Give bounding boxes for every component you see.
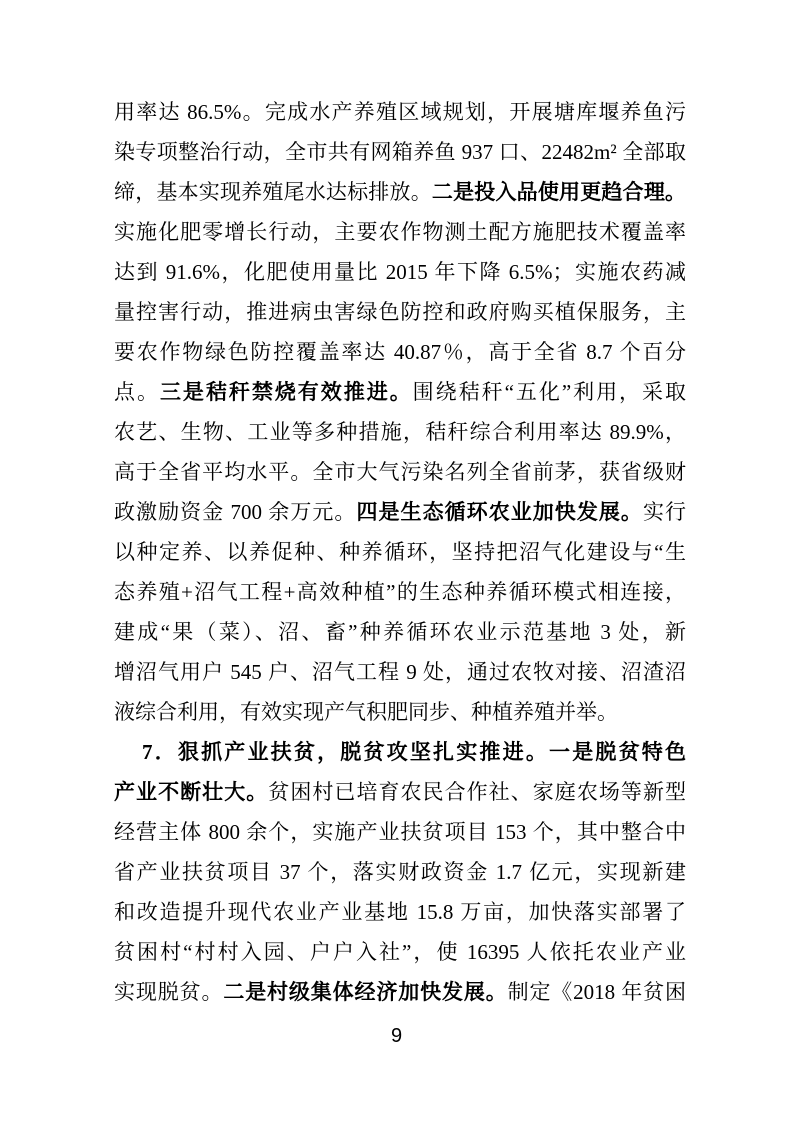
text-run: 农艺、生物、工业等多种措施，秸秆综合利用率达 89.9%，	[114, 420, 686, 444]
text-line: 高于全省平均水平。全市大气污染名列全省前茅，获省级财	[114, 452, 686, 492]
text-line: 液综合利用，有效实现产气积肥同步、种植养殖并举。	[114, 692, 686, 732]
text-run: 点。	[114, 380, 160, 404]
text-run: 实施化肥零增长行动，主要农作物测土配方施肥技术覆盖率	[114, 220, 686, 244]
text-line: 缔，基本实现养殖尾水达标排放。二是投入品使用更趋合理。	[114, 172, 686, 212]
text-run: 以种定养、以养促种、种养循环，坚持把沼气化建设与“生	[114, 540, 686, 564]
text-run: 实行	[643, 500, 686, 524]
text-line: 量控害行动，推进病虫害绿色防控和政府购买植保服务，主	[114, 292, 686, 332]
document-page: 用率达 86.5%。完成水产养殖区域规划，开展塘库堰养鱼污染专项整治行动，全市共…	[0, 0, 793, 1122]
text-run: 量控害行动，推进病虫害绿色防控和政府购买植保服务，主	[114, 300, 686, 324]
text-line: 经营主体 800 余个，实施产业扶贫项目 153 个，其中整合中	[114, 812, 686, 852]
document-text: 用率达 86.5%。完成水产养殖区域规划，开展塘库堰养鱼污染专项整治行动，全市共…	[114, 92, 686, 1012]
text-line: 以种定养、以养促种、种养循环，坚持把沼气化建设与“生	[114, 532, 686, 572]
text-run: 省产业扶贫项目 37 个，落实财政资金 1.7 亿元，实现新建	[114, 860, 686, 884]
text-run: 用率达 86.5%。完成水产养殖区域规划，开展塘库堰养鱼污	[114, 100, 686, 124]
bold-text-run: 产业不断壮大。	[114, 780, 268, 804]
text-run: 政激励资金 700 余万元。	[114, 500, 356, 524]
text-run: 高于全省平均水平。全市大气污染名列全省前茅，获省级财	[114, 460, 686, 484]
text-line: 用率达 86.5%。完成水产养殖区域规划，开展塘库堰养鱼污	[114, 92, 686, 132]
bold-text-run: 7．狠抓产业扶贫，脱贫攻坚扎实推进。一是脱贫特色	[142, 740, 686, 764]
text-run: 染专项整治行动，全市共有网箱养鱼 937 口、22482m² 全部取	[114, 140, 686, 164]
text-line: 要农作物绿色防控覆盖率达 40.87％，高于全省 8.7 个百分	[114, 332, 686, 372]
page-number: 9	[0, 1022, 793, 1050]
text-line: 染专项整治行动，全市共有网箱养鱼 937 口、22482m² 全部取	[114, 132, 686, 172]
text-run: 围绕秸秆“五化”利用，采取	[413, 380, 686, 404]
text-run: 建成“果（菜）、沼、畜”种养循环农业示范基地 3 处，新	[114, 620, 686, 644]
text-line: 政激励资金 700 余万元。四是生态循环农业加快发展。实行	[114, 492, 686, 532]
text-run: 和改造提升现代农业产业基地 15.8 万亩，加快落实部署了	[114, 900, 686, 924]
text-line: 贫困村“村村入园、户户入社”，使 16395 人依托农业产业	[114, 932, 686, 972]
text-line: 产业不断壮大。贫困村已培育农民合作社、家庭农场等新型	[114, 772, 686, 812]
text-line: 和改造提升现代农业产业基地 15.8 万亩，加快落实部署了	[114, 892, 686, 932]
text-run: 缔，基本实现养殖尾水达标排放。	[114, 180, 432, 204]
text-run: 贫困村“村村入园、户户入社”，使 16395 人依托农业产业	[114, 940, 686, 964]
text-line: 实施化肥零增长行动，主要农作物测土配方施肥技术覆盖率	[114, 212, 686, 252]
text-line: 建成“果（菜）、沼、畜”种养循环农业示范基地 3 处，新	[114, 612, 686, 652]
text-line: 增沼气用户 545 户、沼气工程 9 处，通过农牧对接、沼渣沼	[114, 652, 686, 692]
text-run: 制定《2018 年贫困	[508, 980, 686, 1004]
text-run: 达到 91.6%，化肥使用量比 2015 年下降 6.5%；实施农药减	[114, 260, 686, 284]
text-run: 实现脱贫。	[114, 980, 223, 1004]
bold-text-run: 四是生态循环农业加快发展。	[356, 500, 643, 524]
text-run: 经营主体 800 余个，实施产业扶贫项目 153 个，其中整合中	[114, 820, 686, 844]
bold-text-run: 二是投入品使用更趋合理。	[432, 180, 686, 204]
text-line: 省产业扶贫项目 37 个，落实财政资金 1.7 亿元，实现新建	[114, 852, 686, 892]
text-run: 要农作物绿色防控覆盖率达 40.87％，高于全省 8.7 个百分	[114, 340, 686, 364]
text-line: 态养殖+沼气工程+高效种植”的生态种养循环模式相连接，	[114, 572, 686, 612]
bold-text-run: 二是村级集体经济加快发展。	[223, 980, 507, 1004]
text-line: 点。三是秸秆禁烧有效推进。围绕秸秆“五化”利用，采取	[114, 372, 686, 412]
bold-text-run: 三是秸秆禁烧有效推进。	[160, 380, 413, 404]
text-line: 达到 91.6%，化肥使用量比 2015 年下降 6.5%；实施农药减	[114, 252, 686, 292]
text-line: 农艺、生物、工业等多种措施，秸秆综合利用率达 89.9%，	[114, 412, 686, 452]
text-run: 态养殖+沼气工程+高效种植”的生态种养循环模式相连接，	[114, 580, 686, 604]
text-line: 实现脱贫。二是村级集体经济加快发展。制定《2018 年贫困	[114, 972, 686, 1012]
text-line: 7．狠抓产业扶贫，脱贫攻坚扎实推进。一是脱贫特色	[114, 732, 686, 772]
text-run: 增沼气用户 545 户、沼气工程 9 处，通过农牧对接、沼渣沼	[114, 660, 686, 684]
text-run: 液综合利用，有效实现产气积肥同步、种植养殖并举。	[114, 700, 618, 724]
text-run: 贫困村已培育农民合作社、家庭农场等新型	[268, 780, 686, 804]
